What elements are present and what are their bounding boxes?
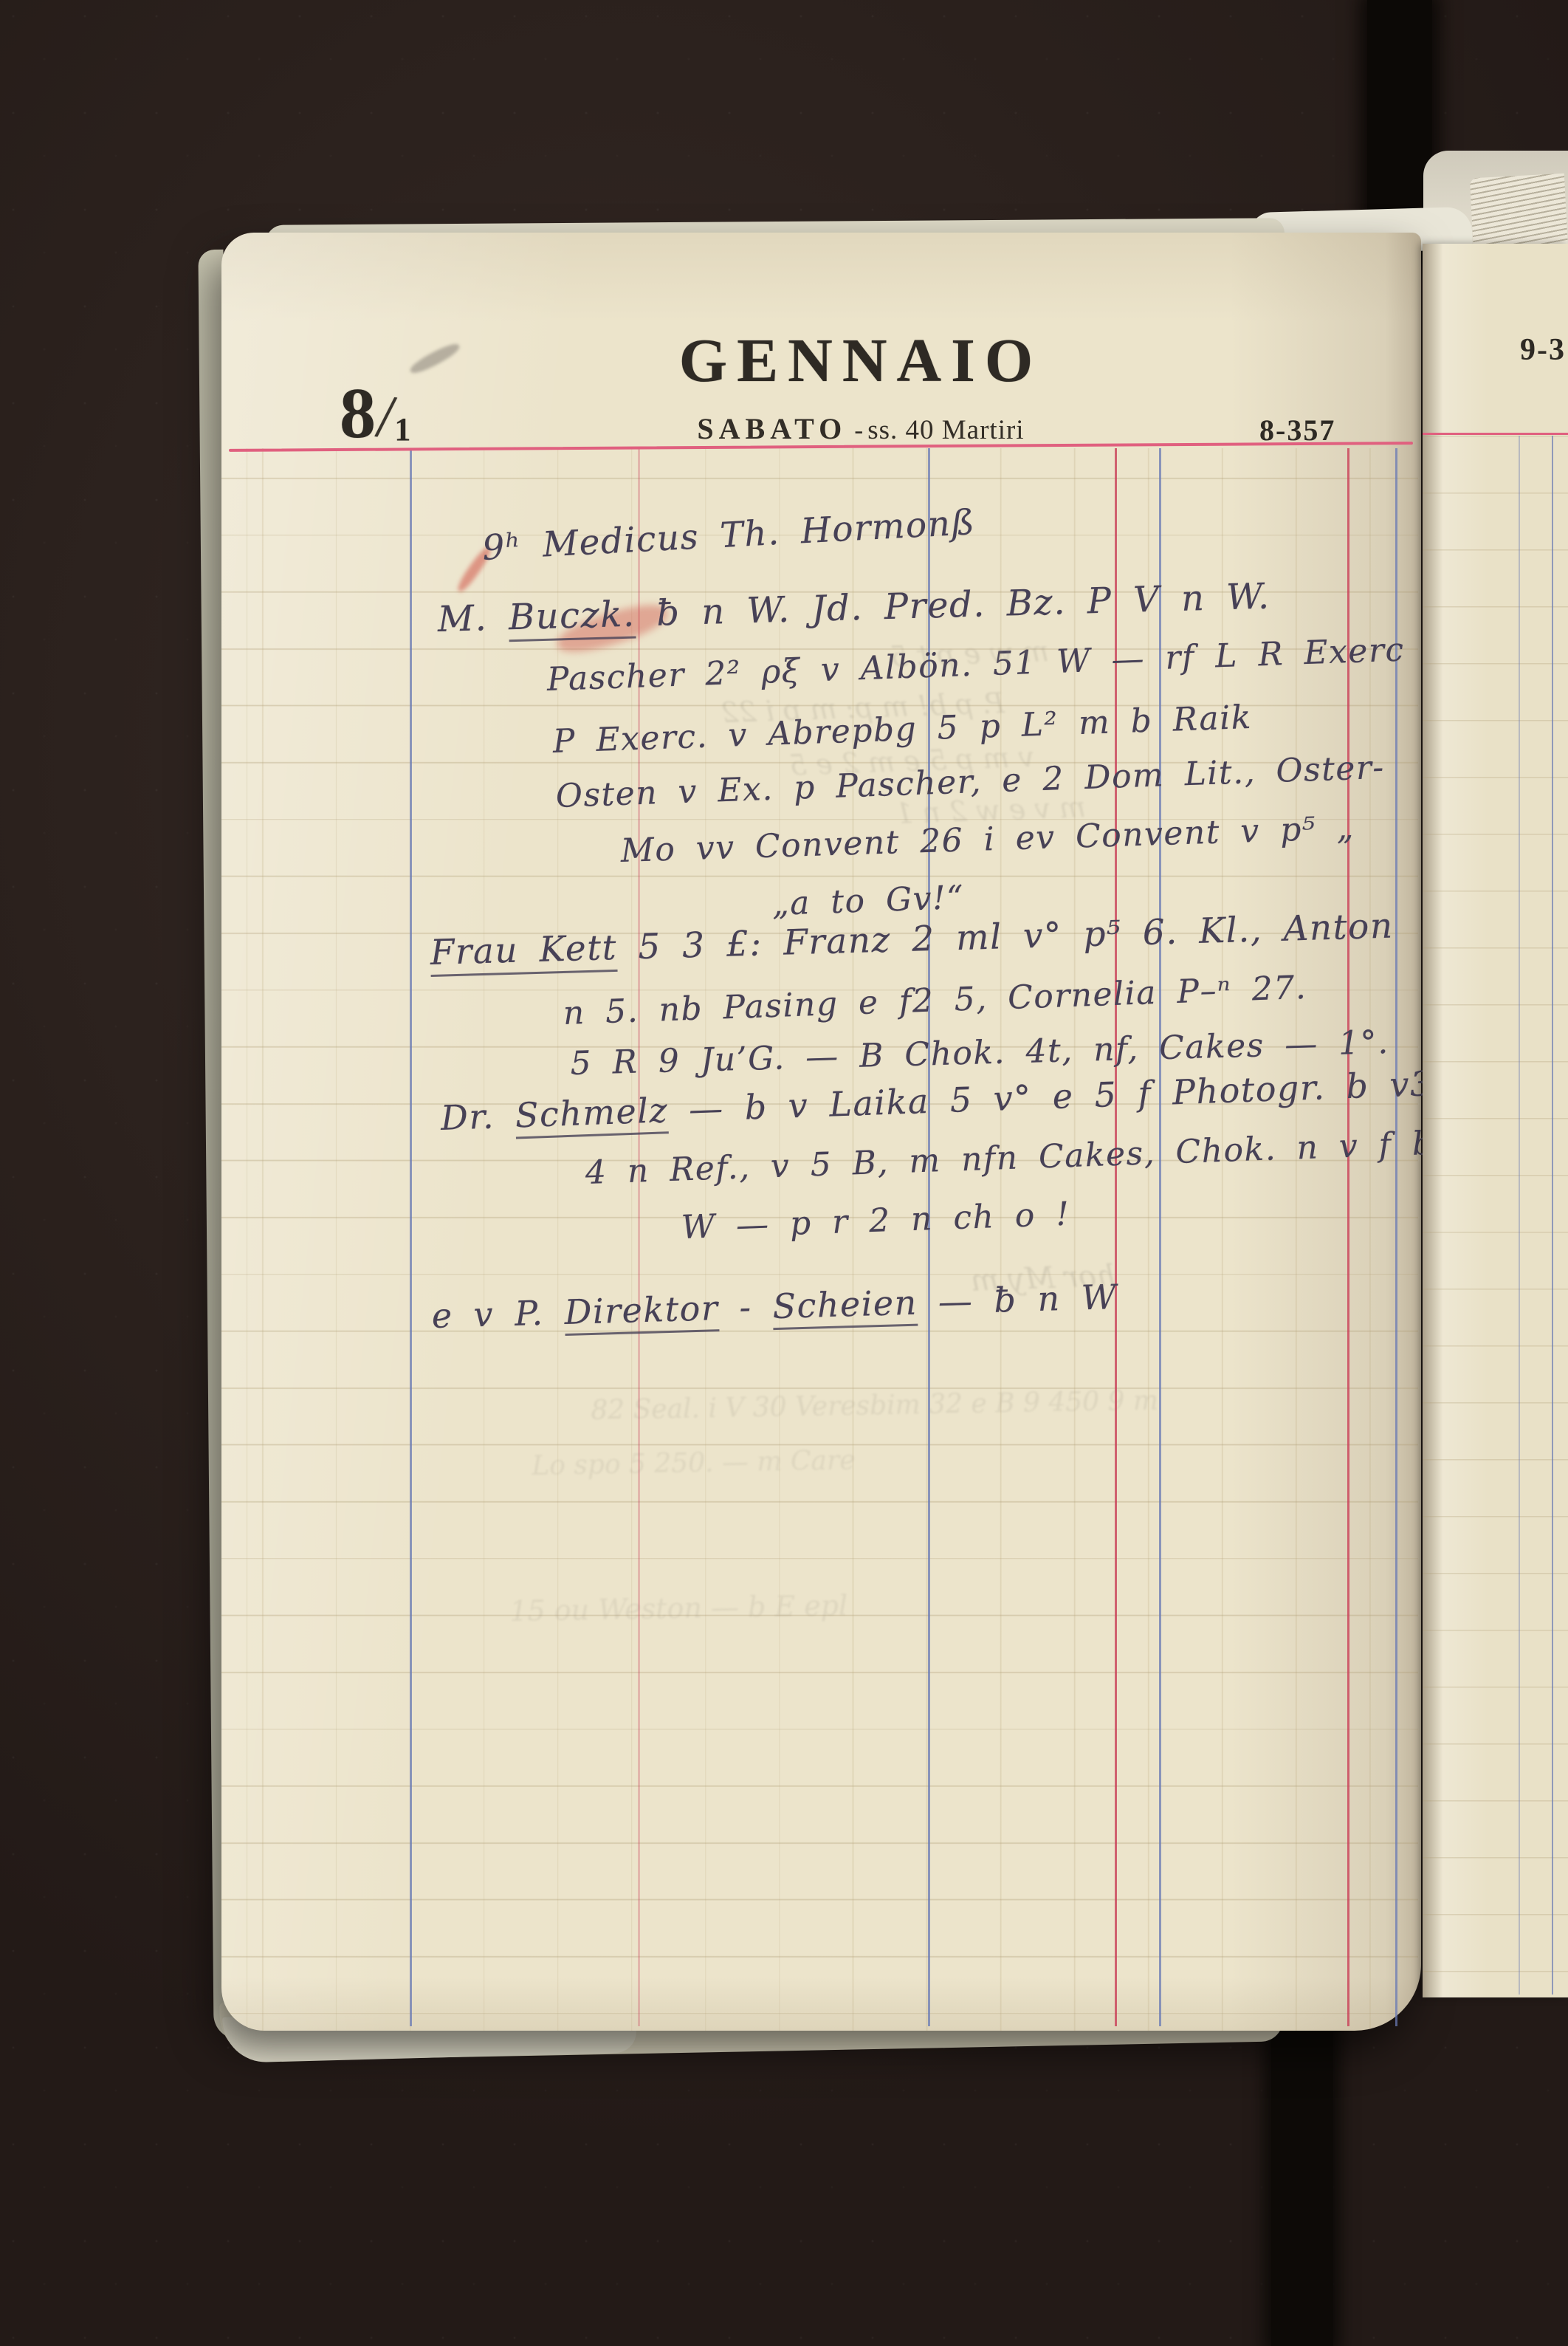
handwritten-entry-7: „a to Gv!“ [771,879,965,923]
ghost-text: m w e p t 5 [890,635,1050,673]
entry-text: n 5. nb Pasing e f2 5, Cornelia P–ⁿ 27. [563,969,1307,1032]
page-code: 8-357 [1259,413,1370,447]
entry-text: 4 n Ref., v 5 B, m nfn Cakes, Chok. n v … [585,1125,1434,1192]
handwritten-entry-2: M. Buczk. ƀ n W. Jd. Pred. Bz. P V n W. [437,576,1270,640]
underlined-name: Buczk. [508,594,636,642]
diary-page: 8/1 GENNAIO SABATO-ss. 40 Martiri 8-357 … [221,233,1421,2031]
handwritten-entry-12: 4 n Ref., v 5 B, m nfn Cakes, Chok. n v … [585,1125,1434,1192]
month-title: GENNAIO [632,330,1090,392]
underlined-name: Scheien [772,1283,918,1330]
vertical-rule-red-1 [1115,448,1117,2026]
handwritten-entry-13: W — p r 2 n ch o ! [681,1196,1070,1246]
adjacent-header-rule-pink [1423,433,1568,435]
underlined-name: Schmelz [515,1090,669,1139]
ghost-writing-4: m v e w 2 n 1 [895,791,1086,830]
weekday-row: SABATO-ss. 40 Martiri [632,411,1090,446]
entry-text: - [718,1286,774,1328]
day-index: 1 [394,414,410,446]
ghost-text: 82 Seal. i V 30 Veresbim 32 e B 9 450 9 … [591,1386,1158,1426]
pencil-smudge [408,340,461,377]
entry-text: „a to Gv!“ [771,879,965,923]
ghost-text: hor My m [970,1259,1115,1298]
entry-text: 5 3 £: Franz 2 ml v° p⁵ 6. Kl., Anton [616,906,1394,968]
gutter-shadow-bottom [1271,1991,1333,2346]
handwritten-entry-1: 9ʰ Medicus Th. Hormonß [481,502,977,569]
header-day-number: 8/1 [340,377,409,450]
weekday-label: SABATO [697,412,847,445]
adjacent-vertical-rule-blue-faint [1519,436,1520,1995]
entry-text: ƀ n W. Jd. Pred. Bz. P V n W. [635,576,1270,635]
day-number: 8 [340,374,376,453]
adjacent-page-code: 9-3 [1520,332,1566,368]
ghost-text: m v e w 2 n 1 [895,791,1086,830]
feast-label: ss. 40 Martiri [867,415,1024,445]
vertical-rule-blue-4 [1395,448,1397,2026]
entry-text: W — p r 2 n ch o ! [681,1196,1070,1246]
underlined-name: Direktor [564,1288,719,1336]
diary-photo: 8/1 GENNAIO SABATO-ss. 40 Martiri 8-357 … [0,0,1568,2346]
handwritten-entry-9: n 5. nb Pasing e f2 5, Cornelia P–ⁿ 27. [563,969,1307,1032]
adjacent-vertical-rule-blue [1552,436,1553,1995]
entry-text: 9ʰ Medicus Th. Hormonß [481,502,977,569]
adjacent-page: 9-3 [1423,244,1568,1997]
ghost-writing-6: 82 Seal. i V 30 Veresbim 32 e B 9 450 9 … [591,1386,1158,1426]
ghost-writing-8: 15 ou Weston — b E epl [509,1589,847,1628]
vertical-rule-red-2 [1347,448,1349,2026]
ghost-text: 15 ou Weston — b E epl [509,1589,847,1628]
ghost-writing-7: Lo spo 5 250. — m Care [532,1445,856,1481]
ghost-writing-1: m w e p t 5 [890,635,1050,673]
vertical-rule-blue-1 [410,448,412,2026]
underlined-name: Frau Kett [430,927,618,977]
vertical-rule-blue-3 [1159,448,1161,2026]
entry-text: Dr. [440,1095,516,1137]
header-separator: - [854,415,863,445]
ghost-writing-5: hor My m [970,1259,1115,1298]
adjacent-page-ruling [1423,436,1568,1997]
ghost-text: Lo spo 5 250. — m Care [532,1445,856,1481]
entry-text: e v P. [431,1292,565,1336]
entry-text: M. [437,597,509,640]
